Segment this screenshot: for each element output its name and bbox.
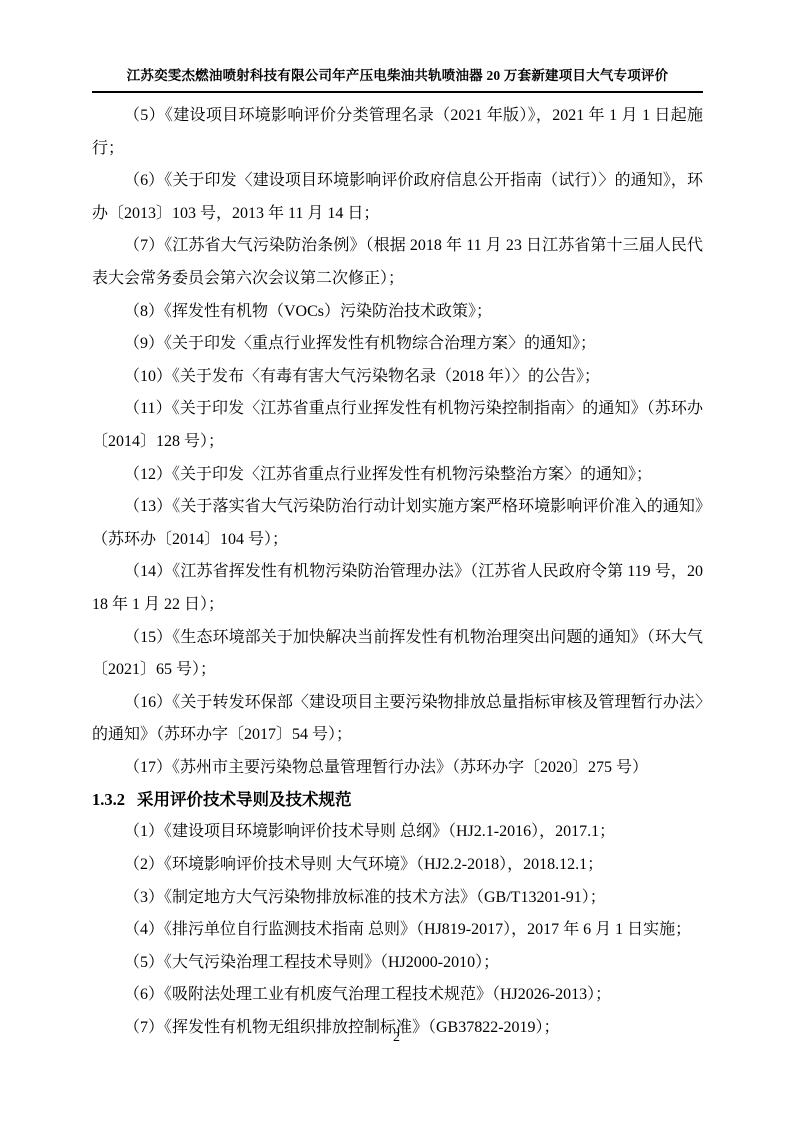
list-item-9: （9）《关于印发〈重点行业挥发性有机物综合治理方案〉的通知》；	[92, 328, 703, 361]
list-item-17: （17）《苏州市主要污染物总量管理暂行办法》（苏环办字〔2020〕275 号）	[92, 752, 703, 785]
section-heading: 1.3.2 采用评价技术导则及技术规范	[92, 784, 703, 816]
list-item-10: （10）《关于发布〈有毒有害大气污染物名录（2018 年）〉的公告》；	[92, 361, 703, 394]
standard-item-6: （6）《吸附法处理工业有机废气治理工程技术规范》（HJ2026-2013）；	[92, 979, 703, 1012]
document-page: 江苏奕雯杰燃油喷射科技有限公司年产压电柴油共轨喷油器 20 万套新建项目大气专项…	[0, 0, 793, 1122]
standard-item-2: （2）《环境影响评价技术导则 大气环境》（HJ2.2-2018），2018.12…	[92, 849, 703, 882]
list-item-5: （5）《建设项目环境影响评价分类管理名录（2021 年版）》，2021 年 1 …	[92, 100, 703, 165]
list-item-6: （6）《关于印发〈建设项目环境影响评价政府信息公开指南（试行）〉的通知》，环办〔…	[92, 165, 703, 230]
page-header: 江苏奕雯杰燃油喷射科技有限公司年产压电柴油共轨喷油器 20 万套新建项目大气专项…	[92, 64, 703, 93]
list-item-7: （7）《江苏省大气污染防治条例》（根据 2018 年 11 月 23 日江苏省第…	[92, 230, 703, 295]
list-item-12: （12）《关于印发〈江苏省重点行业挥发性有机物污染整治方案〉的通知》；	[92, 459, 703, 492]
standard-item-1: （1）《建设项目环境影响评价技术导则 总纲》（HJ2.1-2016），2017.…	[92, 816, 703, 849]
header-title: 江苏奕雯杰燃油喷射科技有限公司年产压电柴油共轨喷油器 20 万套新建项目大气专项…	[127, 68, 669, 83]
section-title: 采用评价技术导则及技术规范	[137, 791, 352, 809]
list-item-8: （8）《挥发性有机物（VOCs）污染防治技术政策》；	[92, 296, 703, 329]
section-number: 1.3.2	[92, 790, 125, 809]
page-footer: 2	[0, 1030, 793, 1046]
list-item-15: （15）《生态环境部关于加快解决当前挥发性有机物治理突出问题的通知》（环大气〔2…	[92, 622, 703, 687]
page-number: 2	[393, 1030, 400, 1045]
document-body: （5）《建设项目环境影响评价分类管理名录（2021 年版）》，2021 年 1 …	[92, 100, 703, 1045]
list-item-11: （11）《关于印发〈江苏省重点行业挥发性有机物污染控制指南〉的通知》（苏环办〔2…	[92, 393, 703, 458]
standard-item-5: （5）《大气污染治理工程技术导则》（HJ2000-2010）；	[92, 947, 703, 980]
list-item-14: （14）《江苏省挥发性有机物污染防治管理办法》（江苏省人民政府令第 119 号，…	[92, 556, 703, 621]
list-item-13: （13）《关于落实省大气污染防治行动计划实施方案严格环境影响评价准入的通知》（苏…	[92, 491, 703, 556]
list-item-16: （16）《关于转发环保部〈建设项目主要污染物排放总量指标审核及管理暂行办法〉的通…	[92, 687, 703, 752]
standard-item-3: （3）《制定地方大气污染物排放标准的技术方法》（GB/T13201-91）；	[92, 882, 703, 915]
standard-item-4: （4）《排污单位自行监测技术指南 总则》（HJ819-2017），2017 年 …	[92, 914, 703, 947]
